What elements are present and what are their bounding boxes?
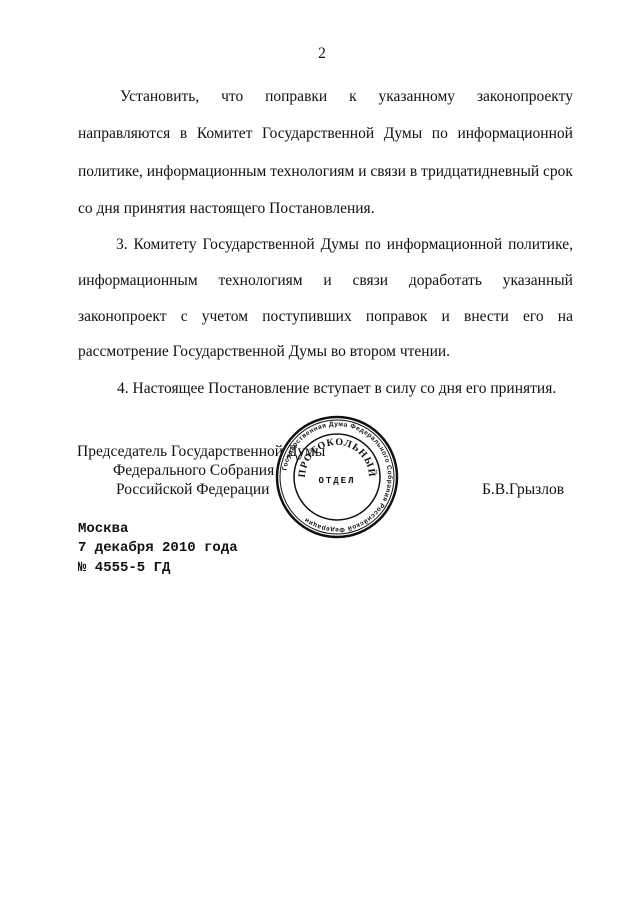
word: в xyxy=(410,163,417,181)
word: политике, xyxy=(508,236,573,254)
word: поступивших xyxy=(262,308,352,326)
word: поправок xyxy=(366,308,427,326)
word: Комитет xyxy=(197,125,253,143)
word: технологиям xyxy=(218,272,302,290)
city: Москва xyxy=(78,521,128,537)
date: 7 декабря 2010 года xyxy=(78,540,238,556)
word: по xyxy=(365,236,381,254)
paragraph-2-line-1: 3. Комитету Государственной Думы по инфо… xyxy=(116,236,573,254)
paragraph-1-line-3: политике, информационным технологиям и с… xyxy=(78,163,573,181)
word: поправки xyxy=(265,88,327,106)
word: 3. xyxy=(116,236,128,254)
word: его xyxy=(523,308,544,326)
svg-text:ОТДЕЛ: ОТДЕЛ xyxy=(318,476,355,486)
word: указанному xyxy=(379,88,456,106)
signatory-title-line-2: Федерального Собрания xyxy=(113,462,274,480)
signatory-title-line-3: Российской Федерации xyxy=(116,481,269,499)
word: внести xyxy=(464,308,509,326)
word: информационной xyxy=(387,236,502,254)
word: информационной xyxy=(457,125,572,143)
word: доработать xyxy=(409,272,482,290)
word: законопроект xyxy=(78,308,167,326)
word: и xyxy=(442,308,450,326)
word: Государственной xyxy=(203,236,315,254)
word: по xyxy=(432,125,448,143)
word: направляются xyxy=(78,125,170,143)
word: Думы xyxy=(384,125,422,143)
word: на xyxy=(558,308,573,326)
word: с xyxy=(181,308,188,326)
word: информационным xyxy=(78,272,198,290)
word: и xyxy=(323,272,331,290)
official-stamp: Государственная Дума Федерального Собран… xyxy=(275,415,399,539)
word: Думы xyxy=(321,236,359,254)
page-number: 2 xyxy=(312,45,332,63)
word: информационным xyxy=(147,163,267,181)
word: связи xyxy=(353,272,389,290)
paragraph-1-line-1: Установить, что поправки к указанному за… xyxy=(120,88,573,106)
stamp-seal-icon: Государственная Дума Федерального Собран… xyxy=(275,415,399,539)
word: законопроекту xyxy=(477,88,573,106)
word: что xyxy=(221,88,243,106)
word: указанный xyxy=(503,272,573,290)
paragraph-2-line-4: рассмотрение Государственной Думы во вто… xyxy=(78,343,450,361)
word: технологиям xyxy=(270,163,354,181)
word: тридцатидневный xyxy=(421,163,539,181)
word: срок xyxy=(543,163,573,181)
word: Установить, xyxy=(120,88,199,106)
word: Государственной xyxy=(262,125,374,143)
paragraph-3-line-1: 4. Настоящее Постановление вступает в си… xyxy=(117,380,556,398)
paragraph-1-line-2: направляются в Комитет Государственной Д… xyxy=(78,125,573,143)
word: к xyxy=(349,88,357,106)
word: Комитету xyxy=(134,236,197,254)
paragraph-2-line-2: информационным технологиям и связи дораб… xyxy=(78,272,573,290)
document-number: № 4555-5 ГД xyxy=(78,560,170,576)
signatory-name: Б.В.Грызлов xyxy=(482,481,564,499)
svg-text:ПРОТОКОЛЬНЫЙ: ПРОТОКОЛЬНЫЙ xyxy=(297,437,378,478)
word: учетом xyxy=(202,308,248,326)
paragraph-2-line-3: законопроект с учетом поступивших поправ… xyxy=(78,308,573,326)
word: и xyxy=(358,163,366,181)
word: политике, xyxy=(78,163,143,181)
word: связи xyxy=(370,163,406,181)
paragraph-1-line-4: со дня принятия настоящего Постановления… xyxy=(78,200,375,218)
word: в xyxy=(180,125,187,143)
